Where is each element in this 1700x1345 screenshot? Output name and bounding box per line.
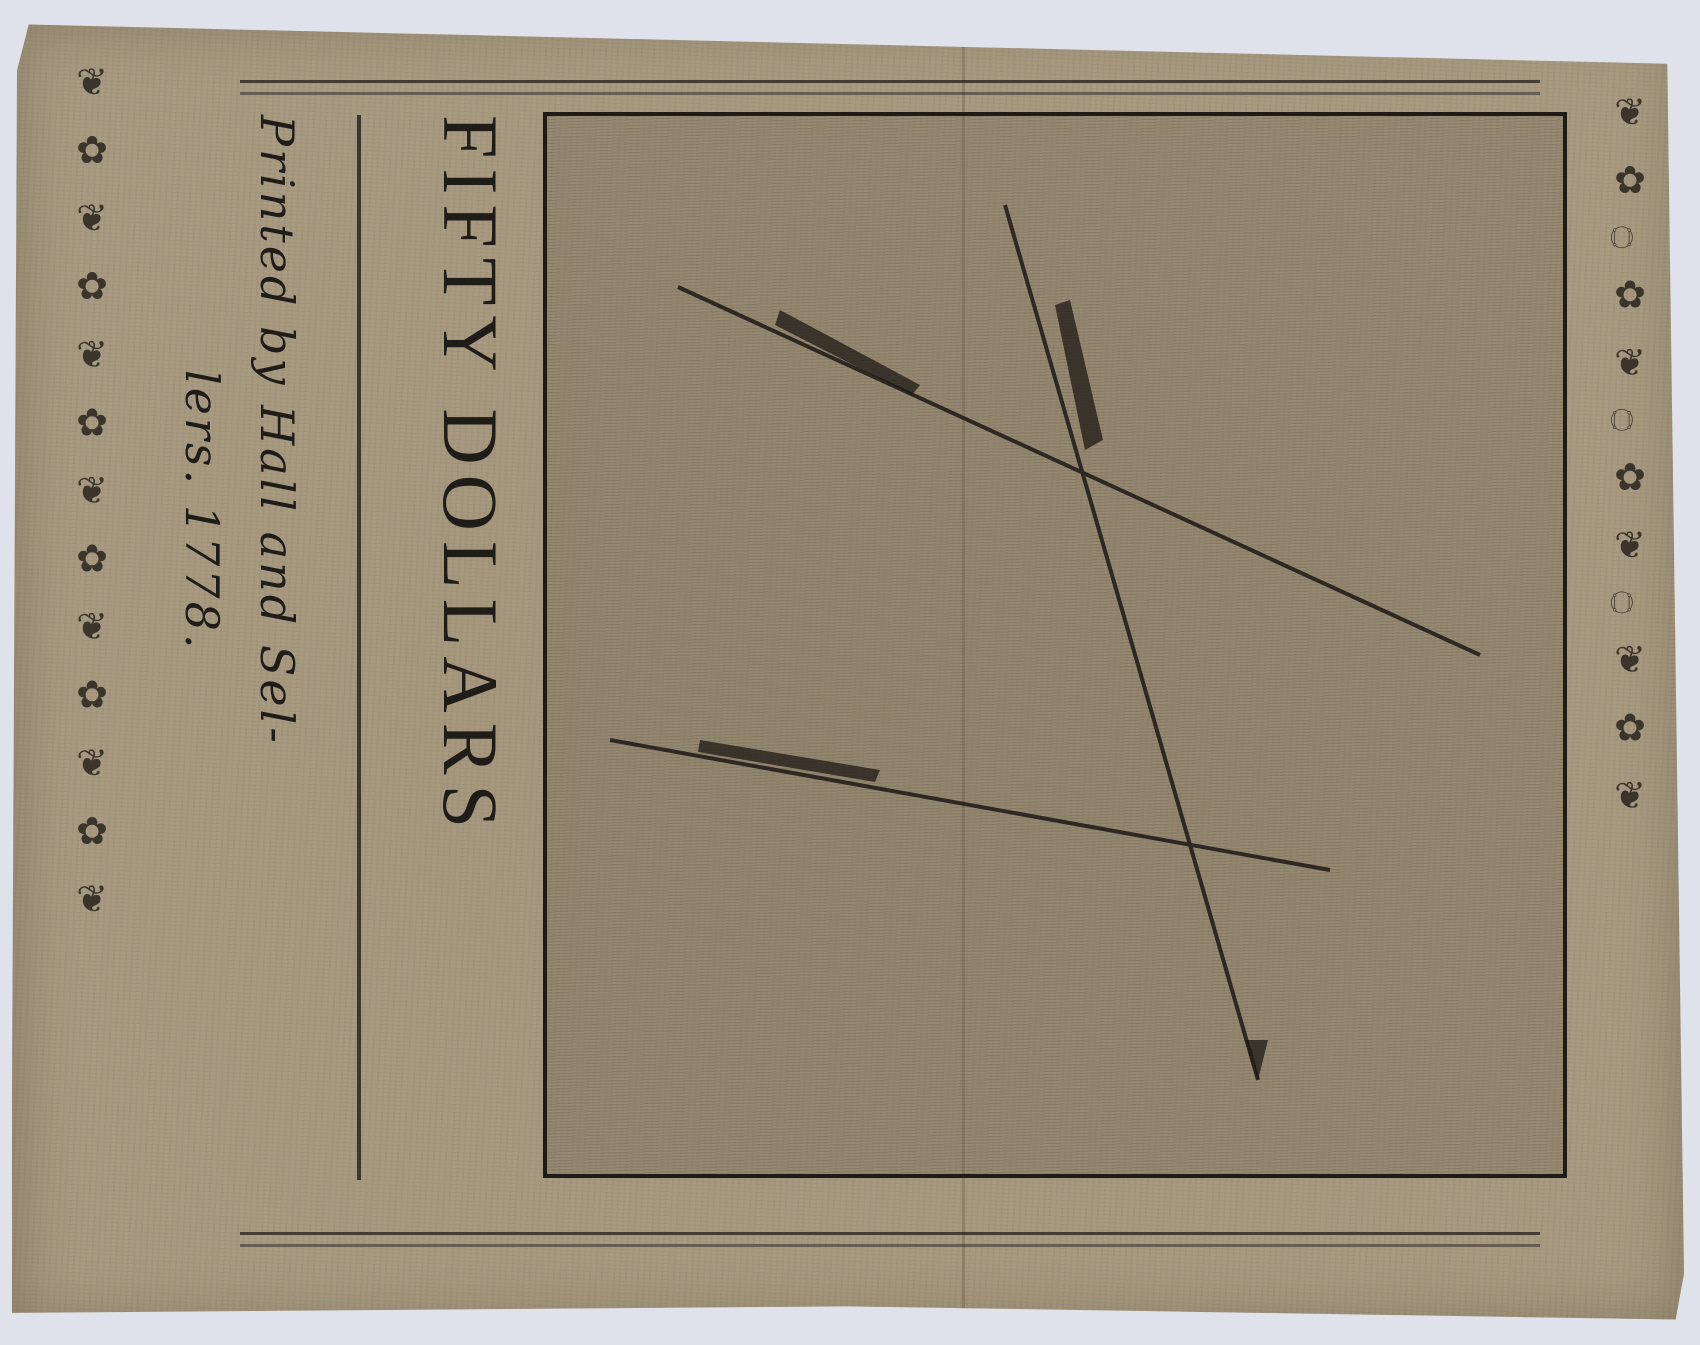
crossed-arrows-icon — [0, 0, 1700, 1345]
